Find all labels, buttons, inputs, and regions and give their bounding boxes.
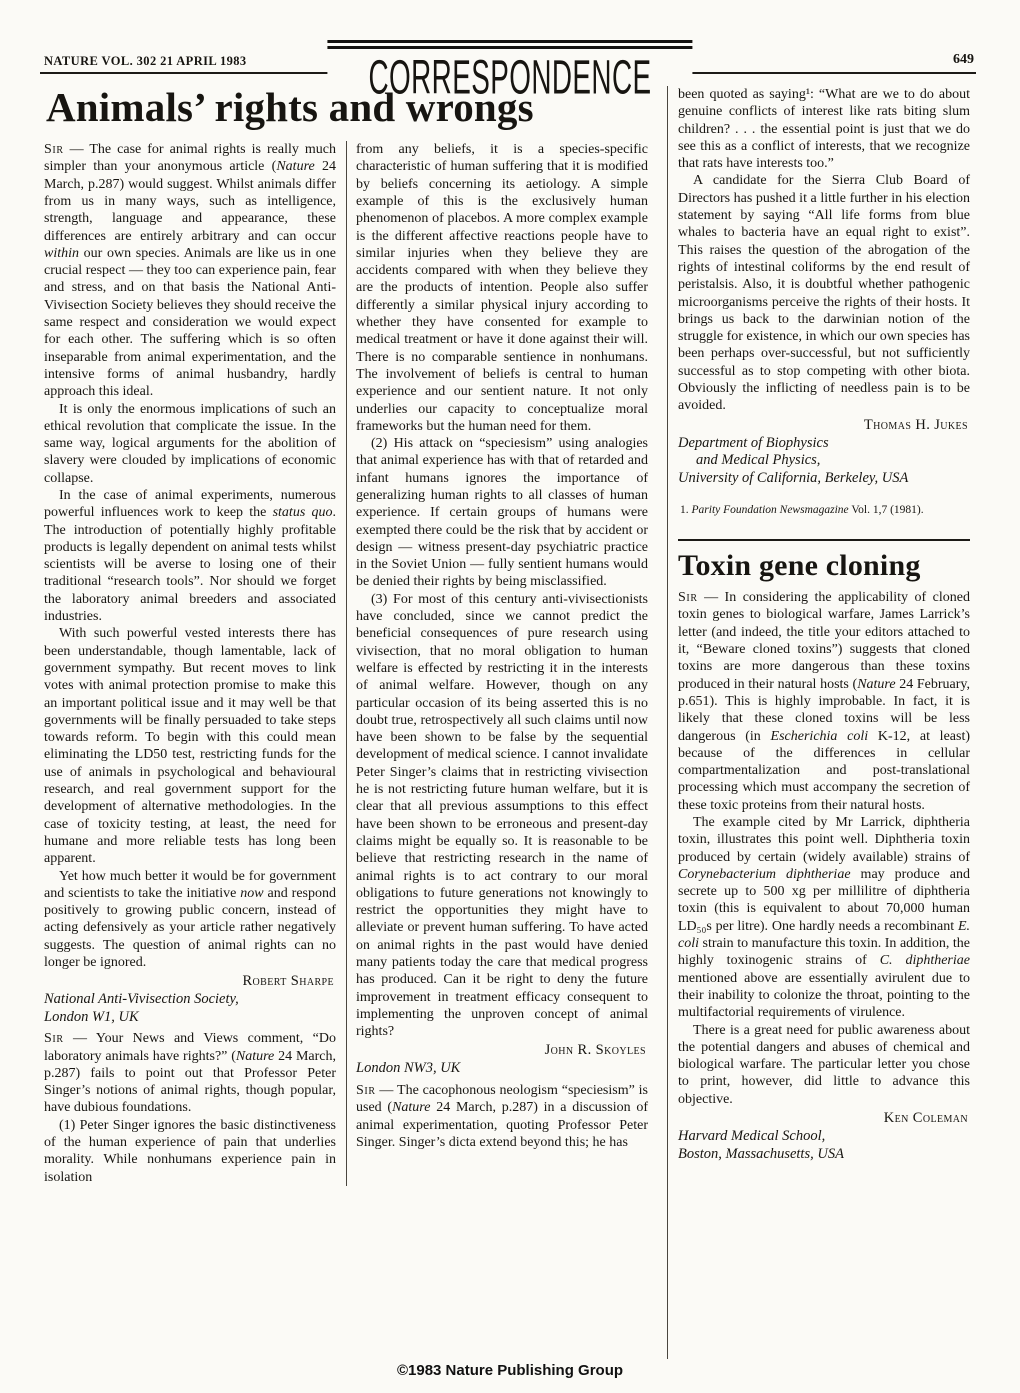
signature: Ken Coleman <box>678 1110 968 1127</box>
address-line: London NW3, UK <box>356 1060 648 1078</box>
salutation: Sir <box>44 142 64 157</box>
salutation: Sir <box>678 590 698 605</box>
letter-paragraph: A candidate for the Sierra Club Board of… <box>678 172 970 414</box>
letter-paragraph: Sir — Your News and Views comment, “Do l… <box>44 1030 336 1116</box>
column-1: Sir — The case for animal rights is real… <box>44 141 347 1186</box>
address: National Anti-Vivisection Society, Londo… <box>44 991 336 1026</box>
letter-skoyles-part2: from any beliefs, it is a species-specif… <box>356 141 648 1078</box>
address-line: Department of Biophysics <box>678 435 970 453</box>
article-toxin-gene-cloning: Toxin gene cloning Sir — In considering … <box>678 549 970 1163</box>
salutation: Sir <box>44 1031 64 1046</box>
address-line: National Anti-Vivisection Society, <box>44 991 336 1009</box>
letter-paragraph: Sir — The case for animal rights is real… <box>44 141 336 400</box>
letter-paragraph: There is a great need for public awarene… <box>678 1022 970 1108</box>
address-line: Boston, Massachusetts, USA <box>678 1146 970 1164</box>
address-line: London W1, UK <box>44 1009 336 1027</box>
address: London NW3, UK <box>356 1060 648 1078</box>
page-number: 649 <box>953 52 974 68</box>
address: Department of Biophysics and Medical Phy… <box>678 435 970 488</box>
letter-opening-text: — In considering the applicability of cl… <box>678 590 970 813</box>
letter-jukes-part1: Sir — The cacophonous neologism “species… <box>356 1082 648 1151</box>
page-content: Animals’ rights and wrongs Sir — The cas… <box>44 86 976 1359</box>
address: Harvard Medical School, Boston, Massachu… <box>678 1128 970 1163</box>
letter-paragraph: Sir — The cacophonous neologism “species… <box>356 1082 648 1151</box>
letter-paragraph: been quoted as saying¹: “What are we to … <box>678 86 970 172</box>
salutation: Sir <box>356 1083 376 1098</box>
article1-title: Animals’ rights and wrongs <box>46 86 658 129</box>
letter-paragraph: (1) Peter Singer ignores the basic disti… <box>44 1117 336 1186</box>
letter-opening-text: — Your News and Views comment, “Do labor… <box>44 1031 336 1115</box>
article-animals-rights: Animals’ rights and wrongs Sir — The cas… <box>44 86 658 1359</box>
letter-paragraph: Yet how much better it would be for gove… <box>44 868 336 972</box>
address-line: and Medical Physics, <box>678 452 970 470</box>
letter-paragraph: It is only the enormous implications of … <box>44 401 336 487</box>
letter-paragraph: In the case of animal experiments, numer… <box>44 487 336 625</box>
address-line: University of California, Berkeley, USA <box>678 470 970 488</box>
journal-page: NATURE VOL. 302 21 APRIL 1983 649 CORRES… <box>0 0 1020 1393</box>
signature: John R. Skoyles <box>356 1042 646 1059</box>
article2-title: Toxin gene cloning <box>678 549 970 583</box>
letter-paragraph: (2) His attack on “speciesism” using ana… <box>356 435 648 591</box>
signature: Robert Sharpe <box>44 973 334 990</box>
letter-skoyles-part1: Sir — Your News and Views comment, “Do l… <box>44 1030 336 1186</box>
letter-paragraph: Sir — In considering the applicability o… <box>678 589 970 814</box>
column-3: been quoted as saying¹: “What are we to … <box>678 86 970 1163</box>
letter-paragraph: The example cited by Mr Larrick, diphthe… <box>678 814 970 1022</box>
letter-jukes-part2: been quoted as saying¹: “What are we to … <box>678 86 970 517</box>
section-banner: CORRESPONDENCE <box>327 40 692 90</box>
section-divider-rule <box>678 539 970 541</box>
address-line: Harvard Medical School, <box>678 1128 970 1146</box>
letter-paragraph: With such powerful vested interests ther… <box>44 625 336 867</box>
copyright-notice: ©1983 Nature Publishing Group <box>0 1362 1020 1379</box>
journal-citation: NATURE VOL. 302 21 APRIL 1983 <box>44 54 247 69</box>
column-3-wrapper: been quoted as saying¹: “What are we to … <box>667 86 970 1359</box>
letter-sharpe: Sir — The case for animal rights is real… <box>44 141 336 1026</box>
letter-paragraph: (3) For most of this century anti-vivise… <box>356 591 648 1041</box>
letter-paragraph: from any beliefs, it is a species-specif… <box>356 141 648 435</box>
column-2: from any beliefs, it is a species-specif… <box>347 141 648 1186</box>
letter-opening-text: — The cacophonous neologism “speciesism”… <box>356 1083 648 1150</box>
signature: Thomas H. Jukes <box>678 417 968 434</box>
reference-citation: 1. Parity Foundation Newsmagazine Vol. 1… <box>680 503 970 517</box>
letter-opening-text: — The case for animal rights is really m… <box>44 142 336 399</box>
